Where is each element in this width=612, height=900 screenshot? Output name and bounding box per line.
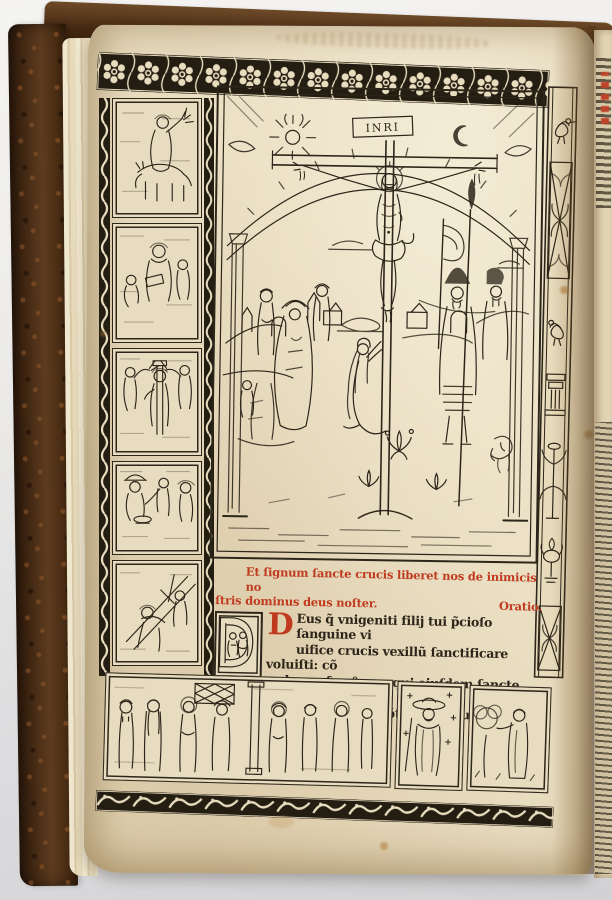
magdalene-figure xyxy=(344,338,387,434)
passion-panel-entry xyxy=(112,98,202,218)
grotesque-dog xyxy=(490,436,512,473)
passion-panel-flagellation xyxy=(112,348,202,456)
crucifixion-graphic: INRI xyxy=(208,82,545,567)
foxing-spot xyxy=(380,842,388,850)
crucifixion-woodcut: INRI xyxy=(208,82,545,567)
pilgrim-staff xyxy=(405,718,411,771)
mourners-group xyxy=(238,283,330,447)
column xyxy=(246,682,264,775)
passion-panel-pilate xyxy=(112,461,202,555)
facing-page-woodcut-fragment xyxy=(595,422,612,874)
inri-text: INRI xyxy=(365,121,400,135)
initial-figures xyxy=(228,631,249,657)
long-hair xyxy=(347,351,369,419)
sun-icon xyxy=(269,114,315,159)
foxing-spot xyxy=(268,816,294,828)
historiated-initial-block xyxy=(214,610,263,677)
rubric: Et ſignum ſancte crucis liberet nos de i… xyxy=(215,564,547,614)
vine-strip-left-outer xyxy=(99,98,110,676)
crucifix xyxy=(267,139,497,516)
gutter-shadow xyxy=(552,26,596,874)
soldiers-group xyxy=(439,268,509,445)
moon-icon xyxy=(454,126,468,146)
saint-with-pilgrim-hat-panel xyxy=(394,681,465,791)
prayer-line-2: uifice crucis vexillũ ſanctificare volui… xyxy=(266,641,508,672)
foxing-spot xyxy=(100,330,107,337)
figures xyxy=(118,695,373,776)
saint-in-landscape-panel xyxy=(466,685,551,794)
facing-page-sliver xyxy=(594,30,612,878)
left-border-panel-column xyxy=(112,98,202,676)
flanking-columns xyxy=(223,234,532,521)
oratio-label: Oratio. xyxy=(499,599,547,614)
photo-of-book-page: INRI xyxy=(0,0,612,900)
facing-page-red-text-fragment xyxy=(601,72,609,124)
lombard-initial: D xyxy=(267,611,293,643)
clouds xyxy=(327,241,523,334)
plants-and-ground xyxy=(229,427,517,549)
passion-panel-teaching xyxy=(112,223,202,343)
inri-plaque: INRI xyxy=(353,116,413,137)
rubric-line-2: ſtris dominus deus noſter. xyxy=(215,593,377,610)
banner-icon xyxy=(438,219,464,349)
passion-panel-cross-bearing xyxy=(112,560,202,666)
lattice-window xyxy=(195,683,235,704)
tree xyxy=(472,704,502,777)
saints-group-panel xyxy=(103,672,394,788)
prayer-line-1: Eus q̃ vnigeniti filij tui p̃cioſo ſangu… xyxy=(296,610,492,642)
